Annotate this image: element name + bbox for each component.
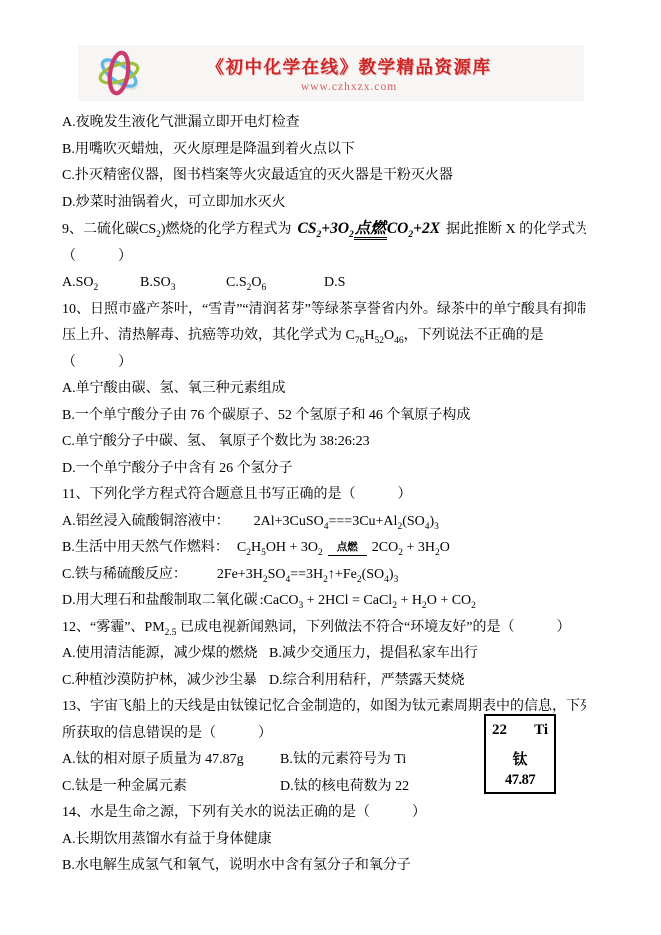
q12-option-d: D.综合利用秸秆，严禁露天焚烧: [269, 673, 465, 688]
q11-option-d: D.用大理石和盐酸制取二氧化碳:CaCO3 + 2HCl = CaCl2 + H…: [62, 588, 586, 615]
element-name: 钛: [492, 751, 548, 770]
header-banner: 《初中化学在线》教学精品资源库 www.czhxzx.com: [78, 45, 584, 101]
q12-options-row2: C.种植沙漠防护林，减少沙尘暴D.综合利用秸秆，严禁露天焚烧: [62, 668, 586, 695]
q11-option-a-desc: A.铝丝浸入硫酸铜溶液中：: [62, 514, 230, 529]
q11-option-d-formula: :CaCO3 + 2HCl = CaCl2 + H2O + CO2: [260, 593, 476, 608]
q11-option-d-desc: D.用大理石和盐酸制取二氧化碳: [62, 593, 258, 608]
q11-option-b: B.生活中用天然气作燃料：C2H5OH + 3O2点燃2CO2 + 3H2O: [62, 535, 586, 562]
q9-equation-left: CS2+3O2: [298, 220, 354, 237]
q9-options-row: A.SO2B.SO3C.S2O6D.S: [62, 270, 586, 297]
q10-answer-paren: （ ）: [62, 350, 586, 377]
q12-option-b: B.减少交通压力，提倡私家车出行: [269, 646, 478, 661]
q10-option-d: D.一个单宁酸分子中含有 26 个氢分子: [62, 456, 586, 483]
q9-option-d: D.S: [324, 275, 345, 290]
q14-option-b: B.水电解生成氢气和氧气，说明水中含有氢分子和氧分子: [62, 853, 586, 880]
q11-option-c-formula: 2Fe+3H2SO4==3H2↑+Fe2(SO4)3: [217, 567, 398, 582]
q11-option-c-desc: C.铁与稀硫酸反应：: [62, 567, 187, 582]
q11-stem: 11、下列化学方程式符合题意且书写正确的是（ ）: [62, 482, 586, 509]
q13-option-a: A.钛的相对原子质量为 47.87g: [62, 747, 280, 774]
q13-block: 13、宇宙飞船上的天线是由钛镍记忆合金制造的，如图为钛元素周期表中的信息，下列 …: [62, 694, 586, 800]
q10-option-b: B.一个单宁酸分子由 76 个碳原子、52 个氢原子和 46 个氧原子构成: [62, 403, 586, 430]
q9-answer-paren: （ ）: [62, 244, 586, 271]
q9-option-c: C.S2O6: [226, 270, 324, 297]
q11-option-b-formula-left: C2H5OH + 3O2: [237, 540, 323, 555]
q9-chemical-equation: CS2+3O2点燃CO2+2X: [298, 220, 440, 237]
q13-option-d: D.钛的核电荷数为 22: [280, 779, 409, 794]
q11-option-a-formula: 2Al+3CuSO4===3Cu+Al2(SO4)3: [254, 514, 439, 529]
q12-options-row1: A.使用清洁能源，减少煤的燃烧B.减少交通压力，提倡私家车出行: [62, 641, 586, 668]
q11-option-b-formula-right: 2CO2 + 3H2O: [372, 540, 450, 555]
atom-logo-icon: [88, 47, 150, 99]
q10-stem-line1: 10、日照市盛产茶叶，“雪青”“清润茗芽”等绿茶享誉省内外。绿茶中的单宁酸具有抑…: [62, 297, 586, 324]
q11-option-b-condition: 点燃: [328, 542, 367, 556]
site-title: 《初中化学在线》教学精品资源库: [150, 54, 548, 79]
site-url: www.czhxzx.com: [150, 81, 548, 93]
element-atomic-mass: 47.87: [492, 771, 548, 789]
q9-equation-condition: 点燃: [354, 220, 387, 240]
prev-question-option-c: C.扑灭精密仪器，图书档案等火灾最适宜的灭火器是干粉灭火器: [62, 163, 586, 190]
q9-option-b: B.SO3: [140, 270, 226, 297]
q9-equation-right: CO2+2X: [387, 220, 440, 237]
q10-option-a: A.单宁酸由碳、氢、氧三种元素组成: [62, 376, 586, 403]
q11-option-a: A.铝丝浸入硫酸铜溶液中：2Al+3CuSO4===3Cu+Al2(SO4)3: [62, 509, 586, 536]
document-page: 《初中化学在线》教学精品资源库 www.czhxzx.com A.夜晚发生液化气…: [0, 0, 661, 880]
exam-content: A.夜晚发生液化气泄漏立即开电灯检查 B.用嘴吹灭蜡烛，灭火原理是降温到着火点以…: [62, 110, 586, 880]
q13-option-b: B.钛的元素符号为 Ti: [280, 752, 406, 767]
q11-option-c: C.铁与稀硫酸反应：2Fe+3H2SO4==3H2↑+Fe2(SO4)3: [62, 562, 586, 589]
prev-question-option-b: B.用嘴吹灭蜡烛，灭火原理是降温到着火点以下: [62, 137, 586, 164]
element-tile-top-row: 22Ti: [492, 721, 548, 740]
q14-stem: 14、水是生命之源，下列有关水的说法正确的是（ ）: [62, 800, 586, 827]
q11-option-b-desc: B.生活中用天然气作燃料：: [62, 540, 229, 555]
q14-option-a: A.长期饮用蒸馏水有益于身体健康: [62, 827, 586, 854]
banner-text: 《初中化学在线》教学精品资源库 www.czhxzx.com: [150, 54, 584, 93]
q9-stem-prefix: 9、二硫化碳CS2)燃烧的化学方程式为: [62, 222, 292, 237]
q10-option-c: C.单宁酸分子中碳、氢、 氧原子个数比为 38:26:23: [62, 429, 586, 456]
q12-option-c: C.种植沙漠防护林，减少沙尘暴: [62, 668, 269, 695]
q12-stem: 12、“雾霾”、PM2.5 已成电视新闻熟词，下列做法不符合“环境友好”的是（ …: [62, 615, 586, 642]
q10-stem-line2: 压上升、清热解毒、抗癌等功效，其化学式为 C76H52O46，下列说法不正确的是: [62, 323, 586, 350]
atomic-number: 22: [492, 721, 507, 740]
q12-option-a: A.使用清洁能源，减少煤的燃烧: [62, 641, 269, 668]
prev-question-option-a: A.夜晚发生液化气泄漏立即开电灯检查: [62, 110, 586, 137]
element-symbol: Ti: [534, 721, 548, 740]
q9-stem-suffix: 据此推断 X 的化学式为: [446, 222, 586, 237]
q9-stem: 9、二硫化碳CS2)燃烧的化学方程式为CS2+3O2点燃CO2+2X据此推断 X…: [62, 216, 586, 244]
q9-option-a: A.SO2: [62, 270, 140, 297]
prev-question-option-d: D.炒菜时油锅着火，可立即加水灭火: [62, 190, 586, 217]
q13-option-c: C.钛是一种金属元素: [62, 774, 280, 801]
periodic-table-tile-titanium: 22Ti 钛 47.87: [484, 714, 556, 794]
